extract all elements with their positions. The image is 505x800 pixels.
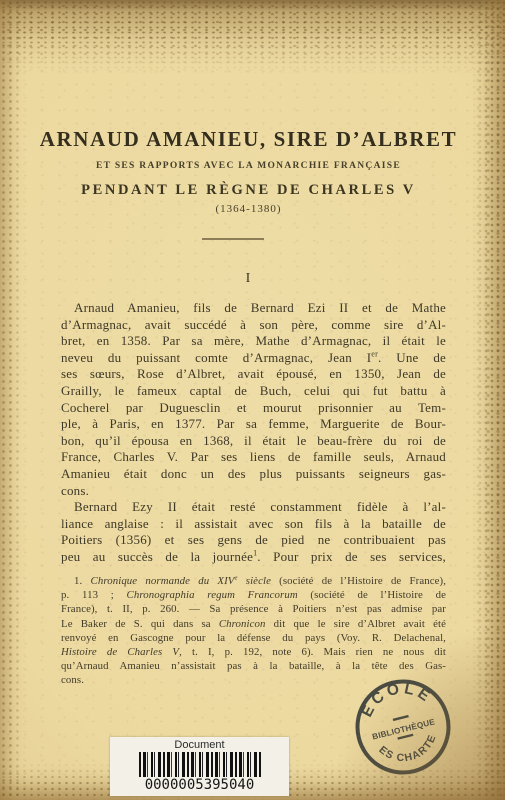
text-line: Grailly, le fameux captal de Buch, celui… bbox=[61, 383, 446, 400]
barcode-caption: Document bbox=[110, 737, 289, 751]
text-line: cons. bbox=[61, 483, 446, 500]
text-line: renvoyé en Gascogne pour la défense du p… bbox=[61, 631, 446, 645]
text-line: peu au succès de la journée1. Pour prix … bbox=[61, 549, 446, 566]
barcode-number: 0000005395040 bbox=[110, 777, 289, 794]
text-line: France), t. II, p. 260. — Sa présence à … bbox=[61, 602, 446, 616]
text-line: bret, en 1358. Par sa mère, Mathe d’Arma… bbox=[61, 333, 446, 350]
date-range: (1364-1380) bbox=[4, 203, 493, 215]
text-line: bon, qu’il épousa en 1368, il était le b… bbox=[61, 433, 446, 450]
footnote: 1. Chronique normande du XIVe siècle (so… bbox=[61, 574, 446, 688]
text-line: Le Baker de S. qui dans sa Chronicon dit… bbox=[61, 617, 446, 631]
text-line: liance anglaise : il assistait avec son … bbox=[61, 516, 446, 533]
text-line: p. 113 ; Chronographia regum Francorum (… bbox=[61, 588, 446, 602]
page-subtitle: ET SES RAPPORTS AVEC LA MONARCHIE FRANÇA… bbox=[4, 161, 493, 171]
scanned-page: ARNAUD AMANIEU, SIRE D’ALBRET ET SES RAP… bbox=[0, 0, 505, 800]
page-edge-right bbox=[471, 0, 505, 800]
section-number: I bbox=[4, 271, 493, 287]
barcode-label: Document 0000005395040 bbox=[110, 737, 289, 796]
text-line: Bernard Ezy II était resté constamment f… bbox=[61, 499, 446, 516]
body-text: Arnaud Amanieu, fils de Bernard Ezi II e… bbox=[61, 300, 446, 566]
text-line: ple, à Paris, en 1377. Par sa femme, Mar… bbox=[61, 416, 446, 433]
stamp-ornament-top bbox=[393, 715, 409, 721]
text-line: qu’Arnaud Amanieu n’assistait pas à la b… bbox=[61, 659, 446, 673]
page-edge-left bbox=[0, 0, 26, 800]
divider-rule bbox=[202, 238, 264, 240]
text-line: neveu du puissant comte d’Armagnac, Jean… bbox=[61, 350, 446, 367]
text-line: Poitiers (1356) et ses gens de pied ne c… bbox=[61, 532, 446, 549]
text-line: 1. Chronique normande du XIVe siècle (so… bbox=[61, 574, 446, 588]
page-title: ARNAUD AMANIEU, SIRE D’ALBRET bbox=[4, 127, 493, 152]
text-line: Histoire de Charles V, t. I, p. 192, not… bbox=[61, 645, 446, 659]
text-line: Cocherel par Duguesclin et mourut prison… bbox=[61, 400, 446, 417]
text-line: France, Charles V. Par ses liens de fami… bbox=[61, 449, 446, 466]
text-line: Arnaud Amanieu, fils de Bernard Ezi II e… bbox=[61, 300, 446, 317]
page-edge-top bbox=[0, 0, 505, 74]
barcode-icon bbox=[139, 752, 261, 777]
text-line: Amanieu était donc un des plus puissants… bbox=[61, 466, 446, 483]
text-line: d’Armagnac, avait succédé à son père, co… bbox=[61, 317, 446, 334]
page-subtitle-2: PENDANT LE RÈGNE DE CHARLES V bbox=[4, 182, 493, 199]
text-line: ses sœurs, Rose d’Albret, avait épousé, … bbox=[61, 366, 446, 383]
